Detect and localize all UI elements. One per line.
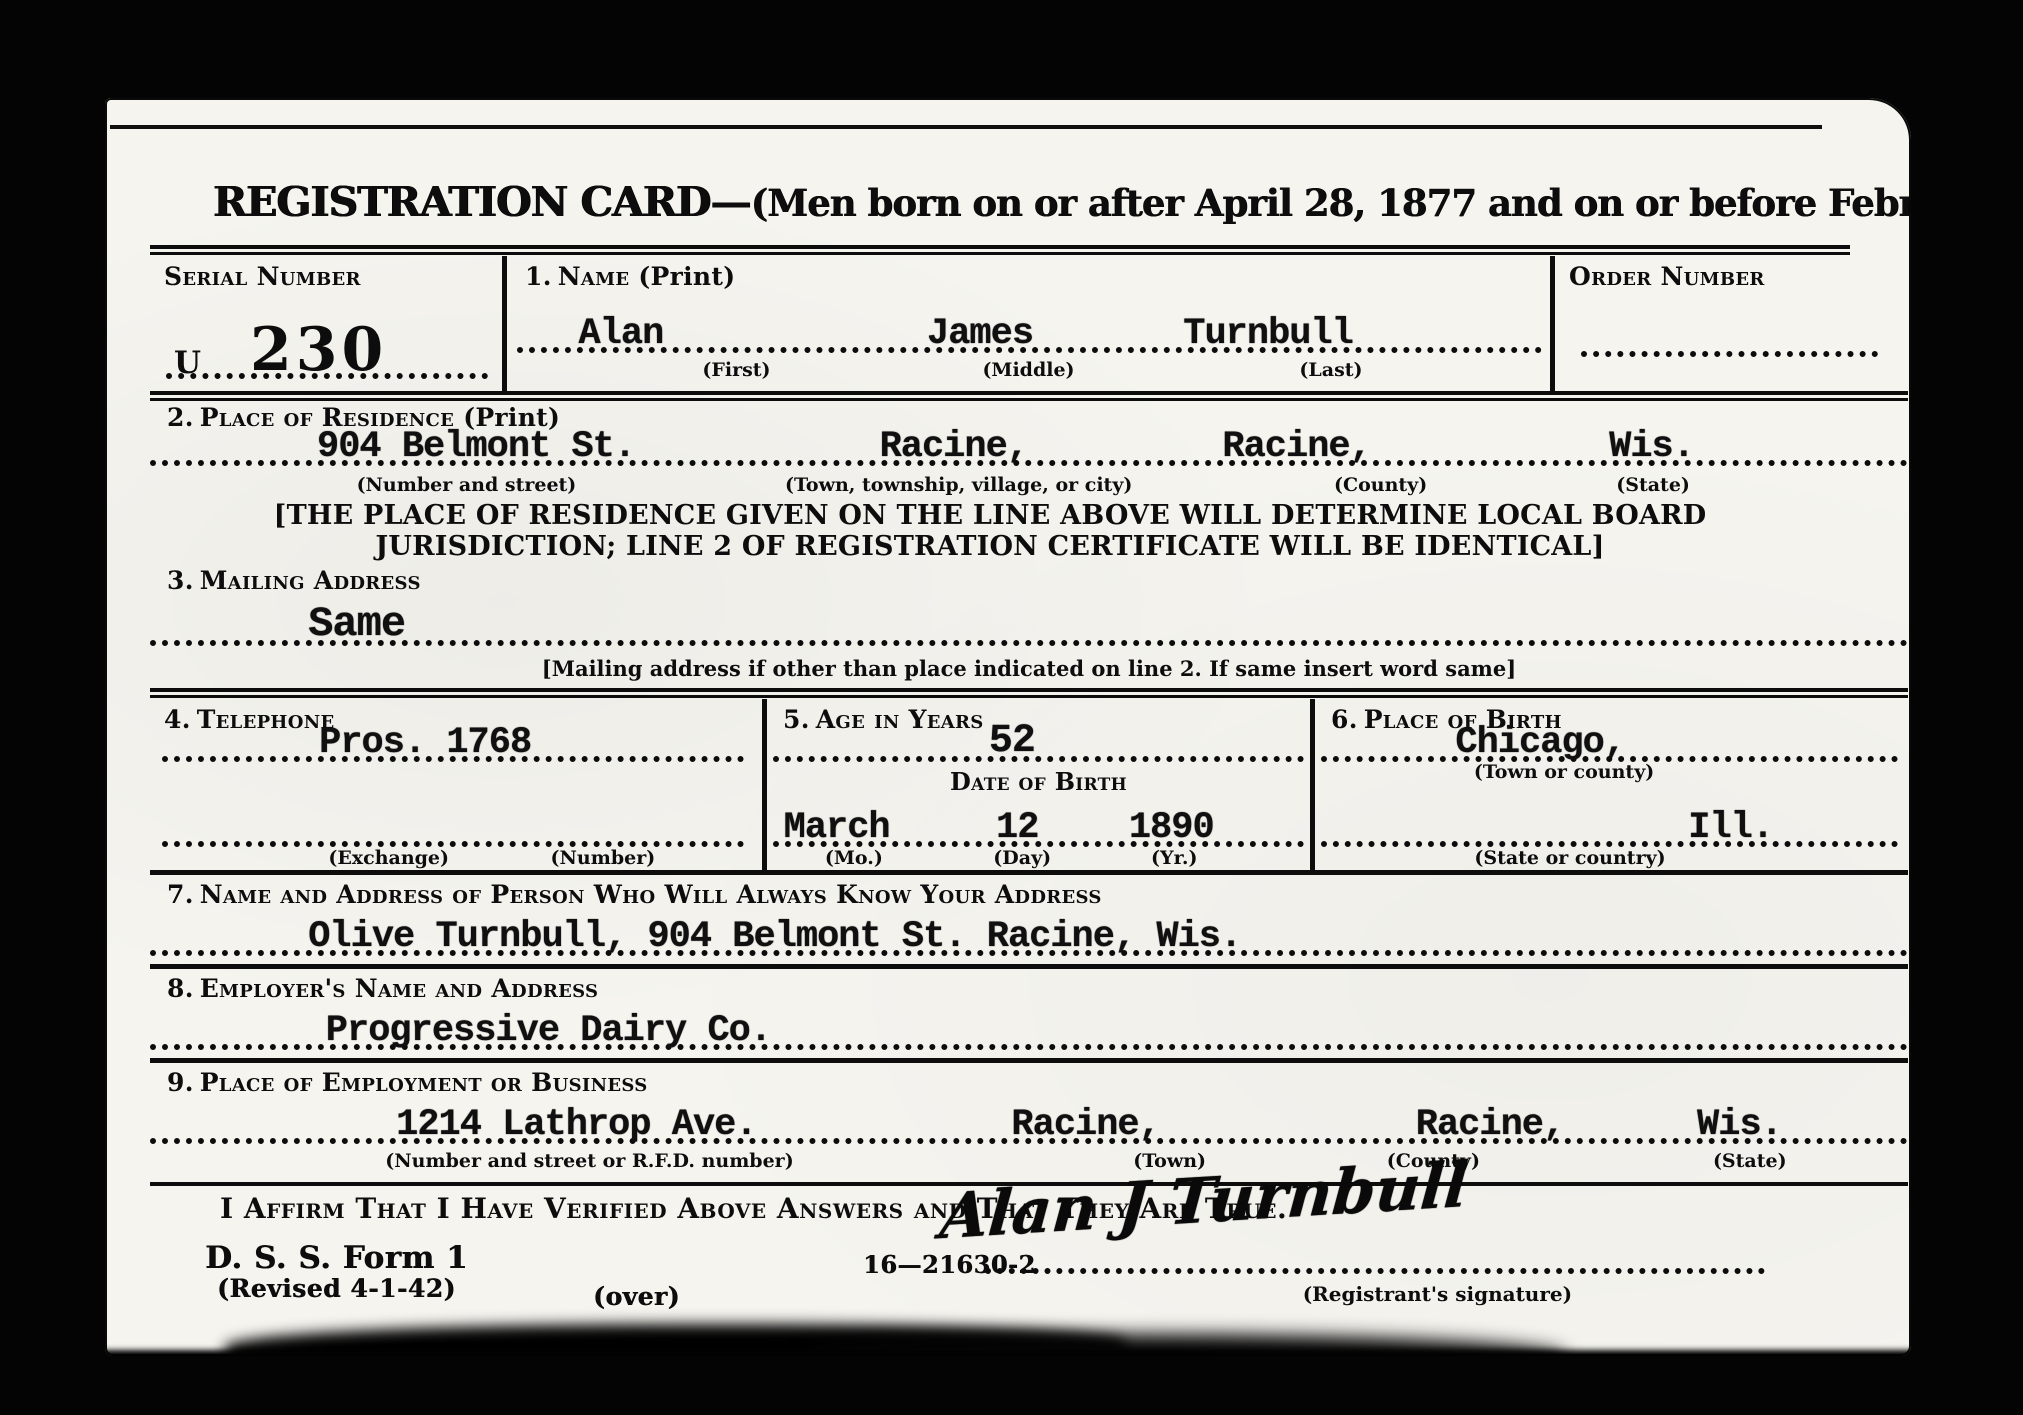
- residence-street-value: 904 Belmont St.: [317, 426, 635, 468]
- mailing-value: Same: [308, 600, 405, 648]
- serial-number-section: Serial Number U 230: [150, 256, 502, 391]
- birthplace-state-sublabel: (State or country): [1474, 847, 1665, 869]
- card-title: REGISTRATION CARD—: [213, 178, 751, 226]
- residence-sublabels: (Number and street) (Town, township, vil…: [150, 474, 1908, 498]
- registration-card: REGISTRATION CARD—(Men born on or after …: [105, 98, 1911, 1356]
- name-middle-value: James: [927, 313, 1033, 355]
- name-sublabels: (First) (Middle) (Last): [507, 359, 1550, 383]
- birthplace-section: 6.Place of Birth Chicago, (Town or count…: [1310, 699, 1908, 870]
- mailing-sublabel: [Mailing address if other than place ind…: [150, 656, 1908, 681]
- age-label: 5.Age in Years: [783, 705, 984, 734]
- dob-day-value: 12: [996, 807, 1038, 849]
- name-line: Alan James Turnbull: [517, 347, 1542, 353]
- mailing-line: Same: [150, 592, 1908, 646]
- divider-employer: [150, 1058, 1908, 1063]
- name-last-value: Turnbull: [1183, 313, 1353, 355]
- order-number-label: Order Number: [1569, 262, 1765, 291]
- residence-town-value: Racine,: [880, 426, 1028, 468]
- order-number-line: [1581, 351, 1878, 357]
- form-revision: (Revised 4-1-42): [217, 1274, 456, 1303]
- telephone-line: Pros. 1768: [162, 756, 744, 762]
- name-first-value: Alan: [579, 313, 664, 355]
- divider-double-top: [150, 245, 1850, 255]
- scan-smudge: [105, 1350, 1911, 1356]
- employer-value: Progressive Dairy Co.: [326, 1010, 771, 1052]
- row-phone-age-birth: 4.Telephone Pros. 1768 (Exchange) (Numbe…: [150, 699, 1908, 870]
- employment-line: 1214 Lathrop Ave. Racine, Racine, Wis.: [150, 1098, 1908, 1144]
- residence-line: 904 Belmont St. Racine, Racine, Wis.: [150, 432, 1908, 466]
- contact-value: Olive Turnbull, 904 Belmont St. Racine, …: [308, 916, 1241, 958]
- employment-label: 9.Place of Employment or Business: [167, 1068, 648, 1097]
- dob-year-value: 1890: [1129, 807, 1214, 849]
- divider-row2: [150, 870, 1908, 875]
- divider-contact: [150, 964, 1908, 969]
- telephone-label: 4.Telephone: [164, 705, 335, 734]
- contact-label: 7.Name and Address of Person Who Will Al…: [167, 880, 1102, 909]
- order-number-section: Order Number: [1550, 256, 1908, 391]
- employer-label: 8.Employer's Name and Address: [167, 974, 598, 1003]
- divider-double-row1: [150, 391, 1908, 401]
- employment-street-value: 1214 Lathrop Ave.: [396, 1104, 756, 1146]
- jurisdiction-notice-line2: JURISDICTION; LINE 2 OF REGISTRATION CER…: [150, 531, 1830, 562]
- age-value: 52: [989, 719, 1035, 764]
- serial-number-label: Serial Number: [164, 262, 361, 291]
- contact-line: Olive Turnbull, 904 Belmont St. Racine, …: [150, 910, 1908, 956]
- row-serial-name-order: Serial Number U 230 1.Name (Print) Alan …: [150, 256, 1908, 391]
- employment-town-value: Racine,: [1011, 1104, 1159, 1146]
- scan-edge-line: [110, 125, 1822, 129]
- dob-sublabels: (Mo.) (Day) (Yr.): [767, 847, 1310, 869]
- over-note: (over): [593, 1282, 680, 1311]
- residence-county-value: Racine,: [1222, 426, 1370, 468]
- serial-prefix: U: [174, 345, 201, 381]
- scan-background: REGISTRATION CARD—(Men born on or after …: [0, 0, 2023, 1415]
- form-number: D. S. S. Form 1: [205, 1240, 468, 1276]
- birthplace-town-sublabel: (Town or county): [1474, 761, 1654, 783]
- card-header: REGISTRATION CARD—(Men born on or after …: [213, 178, 1911, 226]
- birthplace-town-value: Chicago,: [1455, 722, 1625, 764]
- dob-month-value: March: [784, 807, 890, 849]
- jurisdiction-notice-line1: [THE PLACE OF RESIDENCE GIVEN ON THE LIN…: [150, 500, 1830, 531]
- telephone-value: Pros. 1768: [319, 722, 531, 764]
- age-section: 5.Age in Years 52 Date of Birth March 12…: [762, 699, 1310, 870]
- dob-label: Date of Birth: [950, 767, 1127, 796]
- employer-line: Progressive Dairy Co.: [150, 1004, 1908, 1050]
- employment-county-value: Racine,: [1416, 1104, 1564, 1146]
- telephone-sublabels: (Exchange) (Number): [150, 847, 762, 869]
- jurisdiction-notice: [THE PLACE OF RESIDENCE GIVEN ON THE LIN…: [150, 500, 1830, 562]
- employment-state-value: Wis.: [1697, 1104, 1782, 1146]
- birthplace-state-value: Ill.: [1688, 807, 1773, 849]
- residence-state-value: Wis.: [1609, 426, 1694, 468]
- age-line: 52: [773, 756, 1304, 762]
- mailing-label: 3.Mailing Address: [167, 566, 421, 595]
- serial-value: 230: [250, 315, 387, 385]
- name-section: 1.Name (Print) Alan James Turnbull (Firs…: [502, 256, 1550, 391]
- signature-sublabel: (Registrant's signature): [1303, 1282, 1572, 1306]
- telephone-section: 4.Telephone Pros. 1768 (Exchange) (Numbe…: [150, 699, 762, 870]
- divider-double-mailing: [150, 688, 1908, 698]
- card-subtitle: (Men born on or after April 28, 1877 and…: [751, 181, 1911, 225]
- employment-sublabels: (Number and street or R.F.D. number) (To…: [150, 1150, 1908, 1174]
- name-label: 1.Name (Print): [525, 262, 735, 291]
